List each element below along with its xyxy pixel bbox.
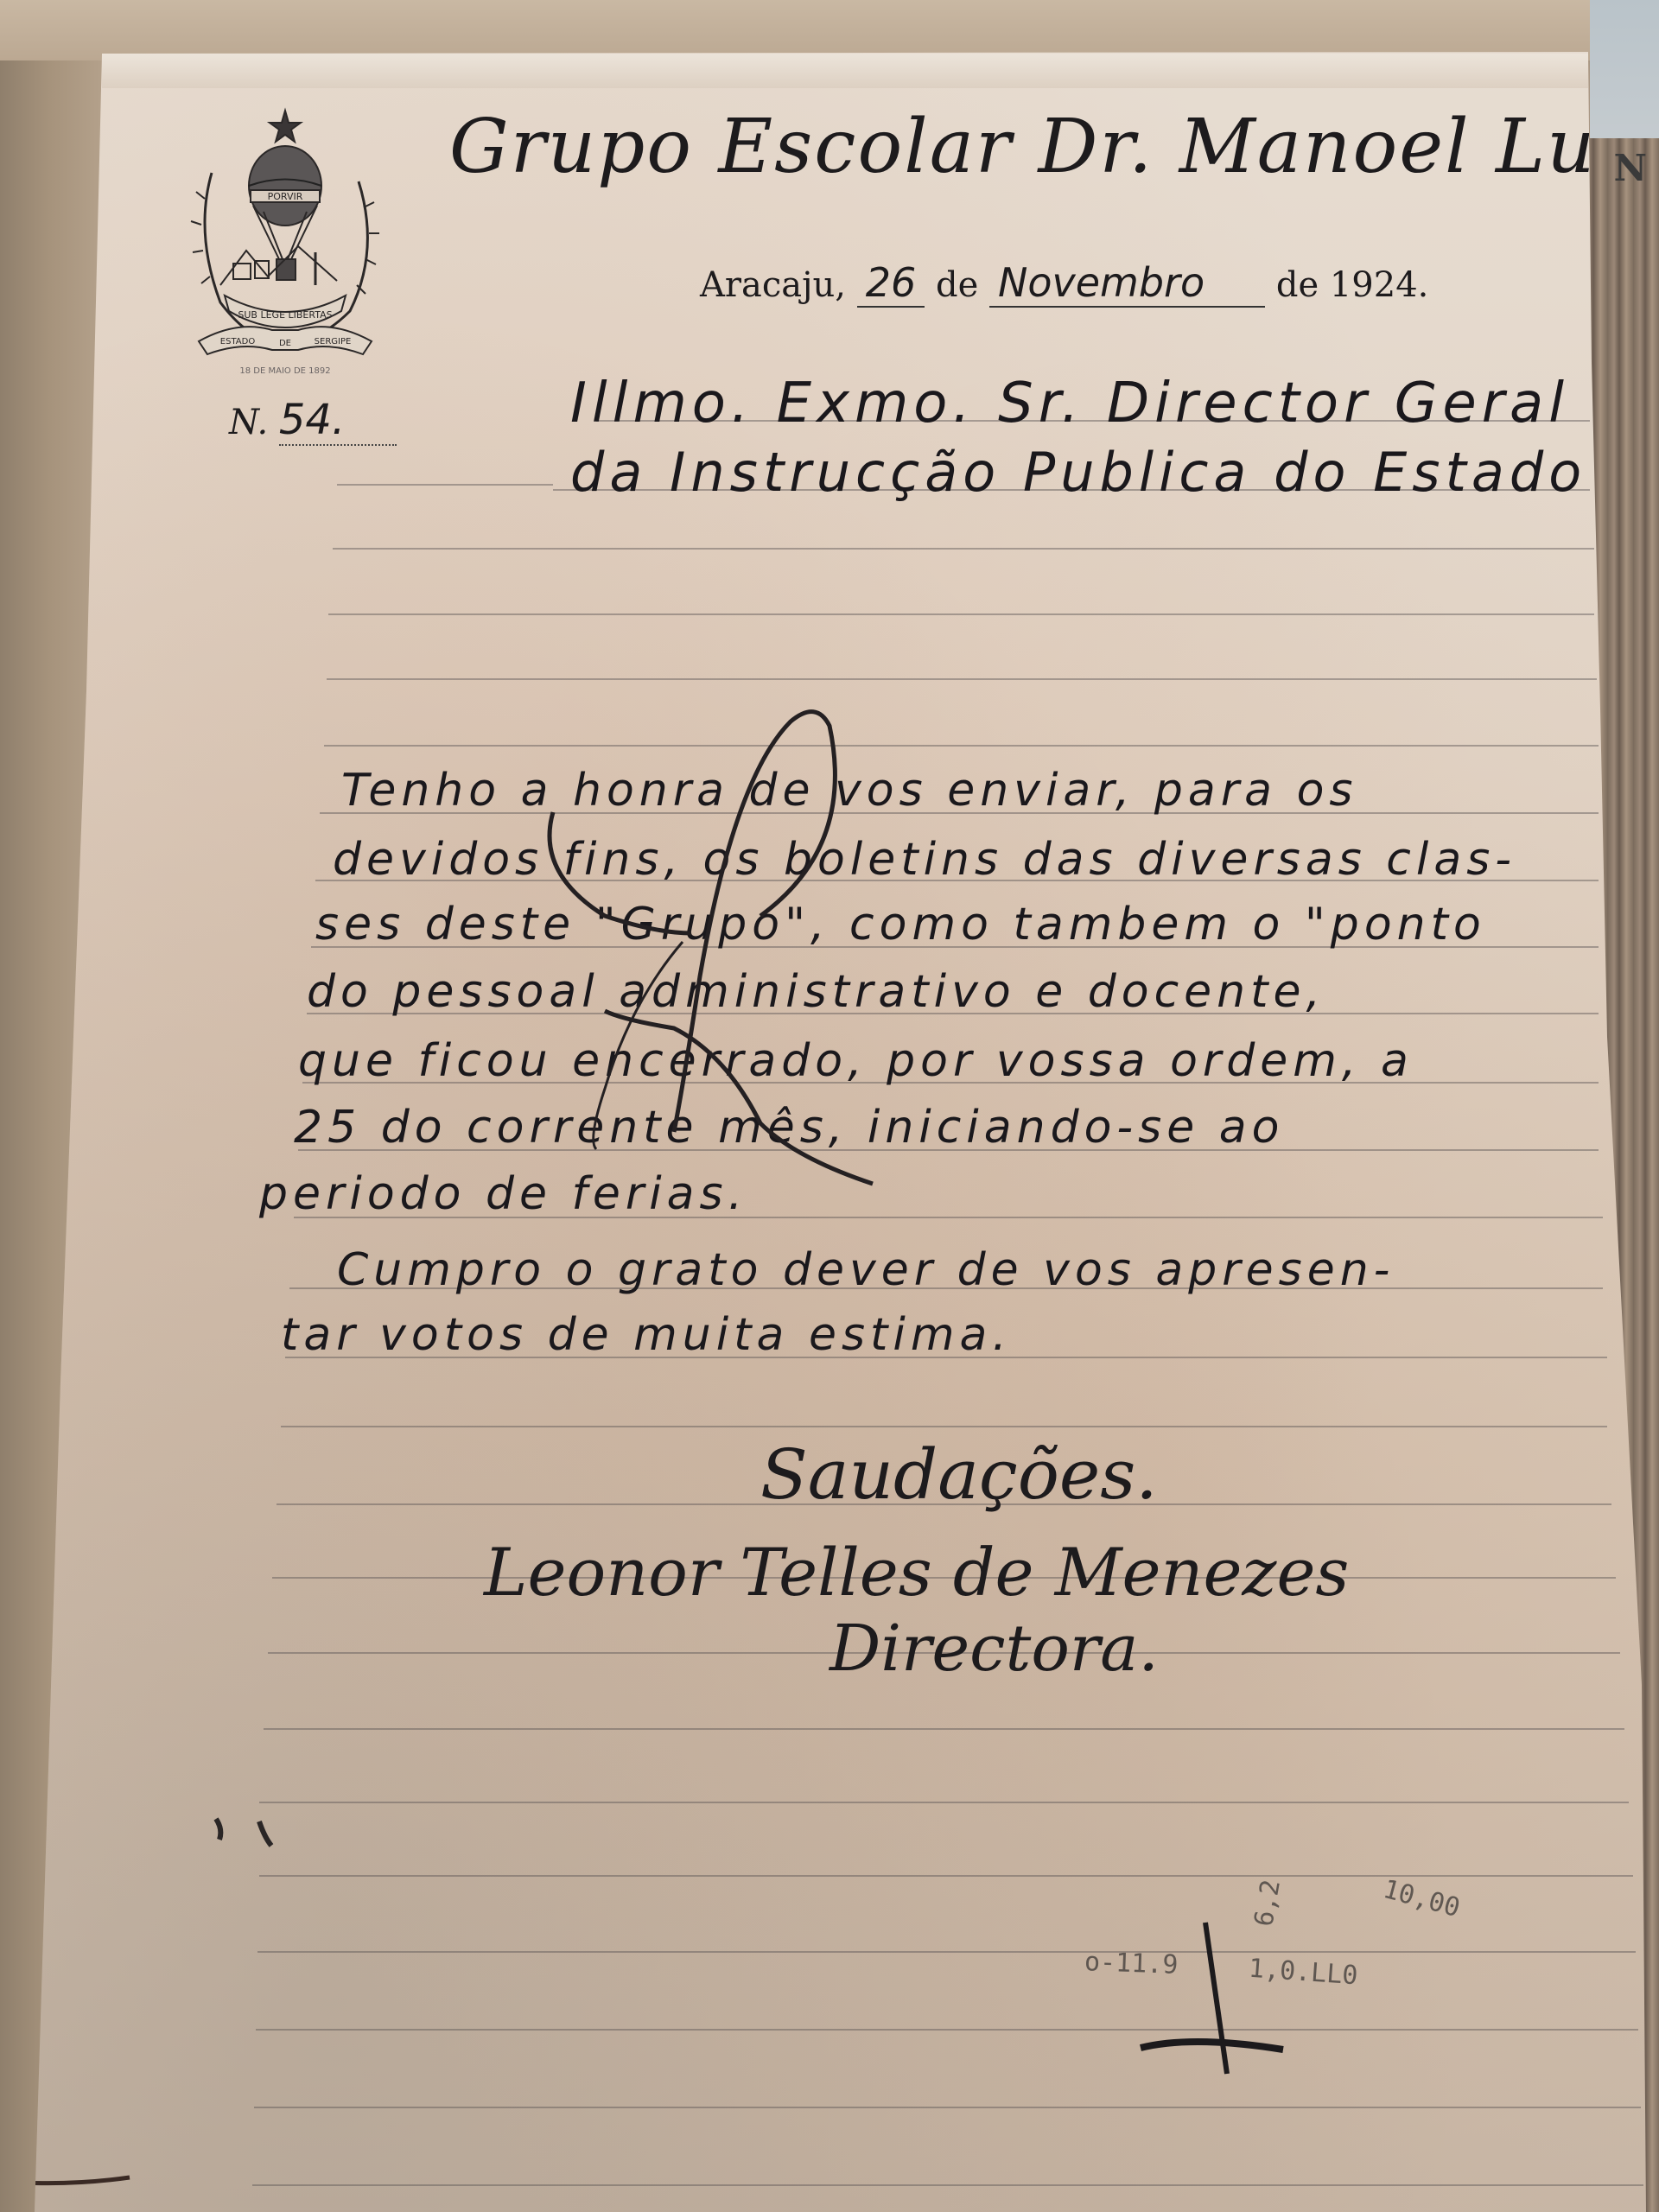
body-line-1: Tenho a honra de vos enviar, para os	[341, 765, 1357, 817]
emblem-ribbon-left: ESTADO	[220, 337, 256, 346]
coat-of-arms-emblem: PORVIR SUB LEGE LIBERTAS ESTADO DE SERGI…	[186, 104, 385, 389]
body-line-7: periodo de ferias.	[259, 1168, 747, 1220]
body-line-8: Cumpro o grato dever de vos apresen-	[337, 1244, 1395, 1296]
body-line-3: ses deste "Grupo", como tambem o "ponto	[315, 899, 1486, 950]
closing: Saudações.	[760, 1434, 1158, 1515]
emblem-date: 18 DE MAIO DE 1892	[239, 366, 330, 376]
body-line-2: devidos fins, os boletins das diversas c…	[333, 834, 1516, 886]
page-top-edge	[102, 54, 1588, 88]
letter-page: PORVIR SUB LEGE LIBERTAS ESTADO DE SERGI…	[0, 0, 1659, 2212]
date-month: Novembro	[989, 259, 1265, 308]
date-de-2: de	[1276, 265, 1319, 305]
signature: Leonor Telles de Menezes	[484, 1534, 1349, 1611]
background-paper-top	[0, 0, 1659, 60]
body-line-5: que ficou encerrado, por vossa ordem, a	[298, 1035, 1414, 1087]
body-line-6: 25 do corrente mês, iniciando-se ao	[294, 1102, 1284, 1154]
number-value: 54.	[279, 396, 397, 446]
emblem-motto: SUB LEGE LIBERTAS	[238, 309, 332, 321]
background-sheet-label: N	[1614, 147, 1647, 189]
date-day: 26	[857, 259, 925, 308]
signature-title: Directora.	[829, 1611, 1159, 1686]
background-wall	[1590, 0, 1659, 156]
reverse-mark-3: 10,00	[1380, 1874, 1463, 1923]
reverse-mark-4: 1,0.LL0	[1248, 1954, 1359, 1992]
emblem-balloon-text: PORVIR	[268, 191, 303, 202]
reverse-mark-2: 6,2	[1249, 1878, 1287, 1929]
letterhead-title: Grupo Escolar Dr. Manoel Luiz	[449, 104, 1659, 190]
body-line-4: do pessoal administrativo e docente,	[307, 966, 1325, 1018]
number-label: N.	[229, 403, 268, 442]
date-line: Aracaju, 26 de Novembro de 1924.	[700, 259, 1428, 306]
reverse-mark-1: o-11.9	[1084, 1947, 1179, 1980]
addressee-line-1: Illmo. Exmo. Sr. Director Geral	[570, 372, 1569, 435]
document-number: N. 54.	[229, 396, 397, 444]
emblem-ribbon-right: SERGIPE	[315, 337, 352, 346]
body-line-9: tar votos de muita estima.	[281, 1309, 1012, 1361]
date-year: 1924.	[1330, 265, 1429, 305]
emblem-ribbon-center: DE	[279, 339, 291, 348]
date-de: de	[936, 265, 978, 305]
addressee-line-2: da Instrucção Publica do Estado	[570, 441, 1586, 504]
date-city: Aracaju,	[700, 265, 846, 305]
